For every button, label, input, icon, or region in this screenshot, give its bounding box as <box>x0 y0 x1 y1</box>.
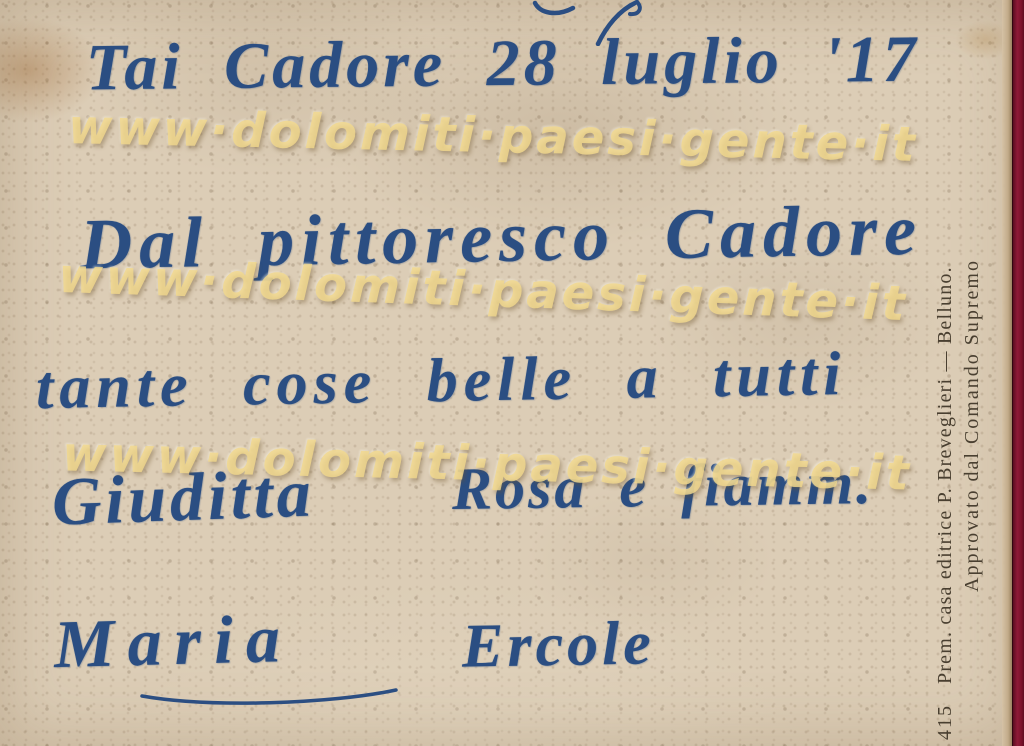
imprint-line-publisher: 415Prem. casa editrice P. Breveglieri — … <box>932 14 959 740</box>
handwritten-date-line: Tai Cadore 28 luglio '17 <box>86 22 920 107</box>
postcard-back-scan: Tai Cadore 28 luglio '17 Dal pittoresco … <box>0 0 1024 746</box>
watermark-row-1: www·dolomiti·paesi·gente·it <box>68 99 919 173</box>
signature-maria: Maria <box>53 599 294 684</box>
signature-flourish <box>140 686 400 710</box>
publisher-imprint: 415Prem. casa editrice P. Breveglieri — … <box>932 14 990 740</box>
paper-edge-shadow <box>1002 0 1012 746</box>
imprint-publisher-text: Prem. casa editrice P. Breveglieri — Bel… <box>934 266 956 684</box>
imprint-line-approval: Approvato dal Comando Supremo <box>959 14 986 740</box>
imprint-number: 415 <box>934 704 956 740</box>
handwritten-message-line-2: tante cose belle a tutti <box>35 339 847 424</box>
red-border-strip <box>1012 0 1024 746</box>
signature-ercole: Ercole <box>461 608 655 682</box>
